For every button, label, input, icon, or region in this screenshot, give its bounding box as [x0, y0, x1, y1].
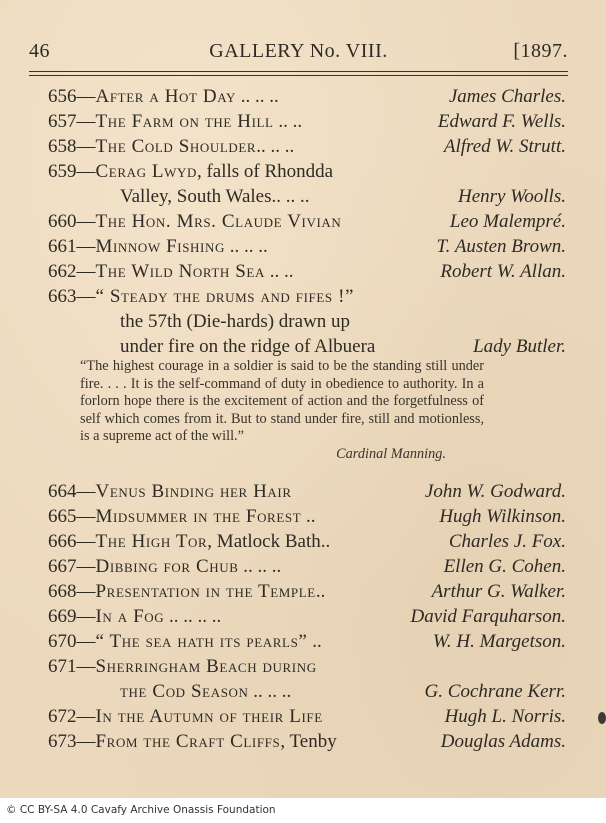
artist-name: Robert W. Allan.	[440, 259, 566, 284]
catalogue-entry: 658—The Cold Shoulder.. .. ..Alfred W. S…	[48, 134, 566, 159]
ink-blot	[598, 712, 606, 724]
entry-continuation: under fire on the ridge of AlbueraLady B…	[48, 334, 566, 359]
quotation-attribution: Cardinal Manning.	[80, 446, 484, 464]
entry-title: In a Fog	[96, 606, 165, 627]
catalogue-entry: 668—Presentation in the Temple..Arthur G…	[48, 579, 566, 604]
entry-title-line: 671—Sherringham Beach during	[48, 654, 317, 679]
entry-title: Dibbing for Chub	[96, 556, 239, 577]
artist-name: Charles J. Fox.	[449, 529, 566, 554]
entry-title-line: 663—“ Steady the drums and fifes !”	[48, 284, 354, 309]
dot-leader: .. .. ..	[256, 136, 294, 157]
catalogue-entry: 659—Cerag Lwyd, falls of Rhondda	[48, 159, 566, 184]
entry-title-line: 672—In the Autumn of their Life	[48, 704, 323, 729]
entry-title-line: 667—Dibbing for Chub .. .. ..	[48, 554, 281, 579]
artist-name: James Charles.	[449, 84, 566, 109]
entry-title-rest: , Matlock Bath..	[207, 531, 330, 552]
entry-number: 666—	[48, 531, 96, 552]
entry-number: 671—	[48, 656, 96, 677]
entry-title-rest: Valley, South Wales.. .. ..	[120, 186, 310, 207]
catalogue-entry: 669—In a Fog .. .. .. ..David Farquharso…	[48, 604, 566, 629]
artist-name: Arthur G. Walker.	[432, 579, 566, 604]
entry-title-line: Valley, South Wales.. .. ..	[120, 184, 310, 209]
entry-title: Sherringham Beach during	[96, 656, 317, 677]
catalogue-entry: 666—The High Tor, Matlock Bath..Charles …	[48, 529, 566, 554]
dot-leader: .. .. ..	[225, 236, 268, 257]
entry-title: The High Tor	[96, 531, 208, 552]
dot-leader: ..	[307, 631, 321, 652]
entry-number: 663—	[48, 286, 96, 307]
quotation-text: “The highest courage in a soldier is sai…	[80, 358, 484, 446]
artist-name: Alfred W. Strutt.	[444, 134, 566, 159]
quotation-block: “The highest courage in a soldier is sai…	[80, 358, 484, 463]
entry-title: After a Hot Day	[96, 86, 237, 107]
entry-number: 658—	[48, 136, 96, 157]
entry-title-line: 665—Midsummer in the Forest ..	[48, 504, 315, 529]
scanned-page: 46 GALLERY No. VIII. [1897. 656—After a …	[0, 0, 606, 798]
entry-title-line: 656—After a Hot Day .. .. ..	[48, 84, 279, 109]
entry-title-line: under fire on the ridge of Albuera	[120, 334, 375, 359]
dot-leader: .. ..	[265, 261, 294, 282]
entry-number: 659—	[48, 161, 96, 182]
license-footer: © CC BY-SA 4.0 Cavafy Archive Onassis Fo…	[6, 804, 276, 816]
catalogue-entry: 657—The Farm on the Hill .. ..Edward F. …	[48, 109, 566, 134]
entry-number: 657—	[48, 111, 96, 132]
catalogue-entry: 664—Venus Binding her HairJohn W. Godwar…	[48, 479, 566, 504]
entry-title-line: 660—The Hon. Mrs. Claude Vivian	[48, 209, 341, 234]
entry-number: 665—	[48, 506, 96, 527]
entry-number: 662—	[48, 261, 96, 282]
catalogue-entry: 670—“ The sea hath its pearls” ..W. H. M…	[48, 629, 566, 654]
entry-title-line: 659—Cerag Lwyd, falls of Rhondda	[48, 159, 333, 184]
header-rule-thin	[29, 71, 568, 72]
entry-title: the Cod Season	[120, 681, 249, 702]
entry-number: 669—	[48, 606, 96, 627]
entry-number: 672—	[48, 706, 96, 727]
dot-leader: .. ..	[274, 111, 303, 132]
entry-title-line: 657—The Farm on the Hill .. ..	[48, 109, 302, 134]
catalogue-entry: 667—Dibbing for Chub .. .. ..Ellen G. Co…	[48, 554, 566, 579]
entry-number: 664—	[48, 481, 96, 502]
entry-number: 673—	[48, 731, 96, 752]
catalogue-entries-top: 656—After a Hot Day .. .. ..James Charle…	[48, 84, 566, 359]
entry-title-line: 661—Minnow Fishing .. .. ..	[48, 234, 268, 259]
catalogue-entry: 671—Sherringham Beach during	[48, 654, 566, 679]
entry-number: 668—	[48, 581, 96, 602]
entry-title-rest: the 57th (Die-hards) drawn up	[120, 311, 350, 332]
catalogue-entry: 672—In the Autumn of their LifeHugh L. N…	[48, 704, 566, 729]
entry-number: 661—	[48, 236, 96, 257]
entry-title-line: 668—Presentation in the Temple..	[48, 579, 325, 604]
dot-leader: .. .. .. ..	[164, 606, 221, 627]
catalogue-entry: 660—The Hon. Mrs. Claude VivianLeo Malem…	[48, 209, 566, 234]
entry-title-line: the Cod Season .. .. ..	[120, 679, 291, 704]
entry-number: 656—	[48, 86, 96, 107]
dot-leader: .. .. ..	[236, 86, 279, 107]
artist-name: John W. Godward.	[425, 479, 566, 504]
entry-title-line: 666—The High Tor, Matlock Bath..	[48, 529, 330, 554]
artist-name: W. H. Margetson.	[433, 629, 566, 654]
dot-leader: .. .. ..	[239, 556, 282, 577]
entry-title: Midsummer in the Forest	[96, 506, 302, 527]
catalogue-entry: 665—Midsummer in the Forest ..Hugh Wilki…	[48, 504, 566, 529]
entry-title-line: 662—The Wild North Sea .. ..	[48, 259, 293, 284]
entry-title: Presentation in the Temple	[96, 581, 316, 602]
artist-name: Ellen G. Cohen.	[444, 554, 566, 579]
running-head: 46 GALLERY No. VIII. [1897.	[29, 40, 568, 66]
entry-continuation: the Cod Season .. .. ..G. Cochrane Kerr.	[48, 679, 566, 704]
artist-name: G. Cochrane Kerr.	[425, 679, 566, 704]
entry-title-rest: , falls of Rhondda	[197, 161, 333, 182]
catalogue-entry: 661—Minnow Fishing .. .. ..T. Austen Bro…	[48, 234, 566, 259]
entry-title-line: 673—From the Craft Cliffs, Tenby	[48, 729, 337, 754]
year-label: [1897.	[513, 40, 568, 63]
artist-name: Lady Butler.	[473, 334, 566, 359]
dot-leader: .. .. ..	[249, 681, 292, 702]
artist-name: T. Austen Brown.	[437, 234, 567, 259]
artist-name: Hugh L. Norris.	[445, 704, 566, 729]
header-rule-thick	[29, 75, 568, 76]
catalogue-entry: 663—“ Steady the drums and fifes !”	[48, 284, 566, 309]
entry-title: In the Autumn of their Life	[96, 706, 323, 727]
entry-continuation: the 57th (Die-hards) drawn up	[48, 309, 566, 334]
artist-name: Douglas Adams.	[441, 729, 566, 754]
entry-title-line: 670—“ The sea hath its pearls” ..	[48, 629, 322, 654]
artist-name: Leo Malempré.	[450, 209, 566, 234]
catalogue-entries-bottom: 664—Venus Binding her HairJohn W. Godwar…	[48, 479, 566, 754]
entry-title-line: the 57th (Die-hards) drawn up	[120, 309, 350, 334]
entry-title-line: 664—Venus Binding her Hair	[48, 479, 292, 504]
catalogue-entry: 656—After a Hot Day .. .. ..James Charle…	[48, 84, 566, 109]
entry-title: Cerag Lwyd	[96, 161, 197, 182]
entry-title-rest: , Tenby	[280, 731, 336, 752]
artist-name: Hugh Wilkinson.	[439, 504, 566, 529]
entry-title: The Cold Shoulder	[96, 136, 257, 157]
entry-title-line: 658—The Cold Shoulder.. .. ..	[48, 134, 294, 159]
entry-number: 670—	[48, 631, 96, 652]
entry-title: Venus Binding her Hair	[96, 481, 292, 502]
dot-leader: ..	[301, 506, 315, 527]
entry-title-line: 669—In a Fog .. .. .. ..	[48, 604, 221, 629]
entry-number: 660—	[48, 211, 96, 232]
catalogue-entry: 662—The Wild North Sea .. ..Robert W. Al…	[48, 259, 566, 284]
page-title: GALLERY No. VIII.	[29, 40, 568, 63]
entry-title: The Farm on the Hill	[96, 111, 274, 132]
artist-name: Edward F. Wells.	[438, 109, 566, 134]
dot-leader: ..	[316, 581, 326, 602]
artist-name: David Farquharson.	[410, 604, 566, 629]
catalogue-entry: 673—From the Craft Cliffs, TenbyDouglas …	[48, 729, 566, 754]
entry-title: “ The sea hath its pearls”	[96, 631, 308, 652]
entry-continuation: Valley, South Wales.. .. ..Henry Woolls.	[48, 184, 566, 209]
artist-name: Henry Woolls.	[458, 184, 566, 209]
entry-title: The Hon. Mrs. Claude Vivian	[96, 211, 342, 232]
entry-title: “ Steady the drums and fifes !”	[96, 286, 355, 307]
entry-title: The Wild North Sea	[96, 261, 265, 282]
entry-title: From the Craft Cliffs	[96, 731, 281, 752]
entry-title: Minnow Fishing	[96, 236, 225, 257]
entry-title-rest: under fire on the ridge of Albuera	[120, 336, 375, 357]
entry-number: 667—	[48, 556, 96, 577]
